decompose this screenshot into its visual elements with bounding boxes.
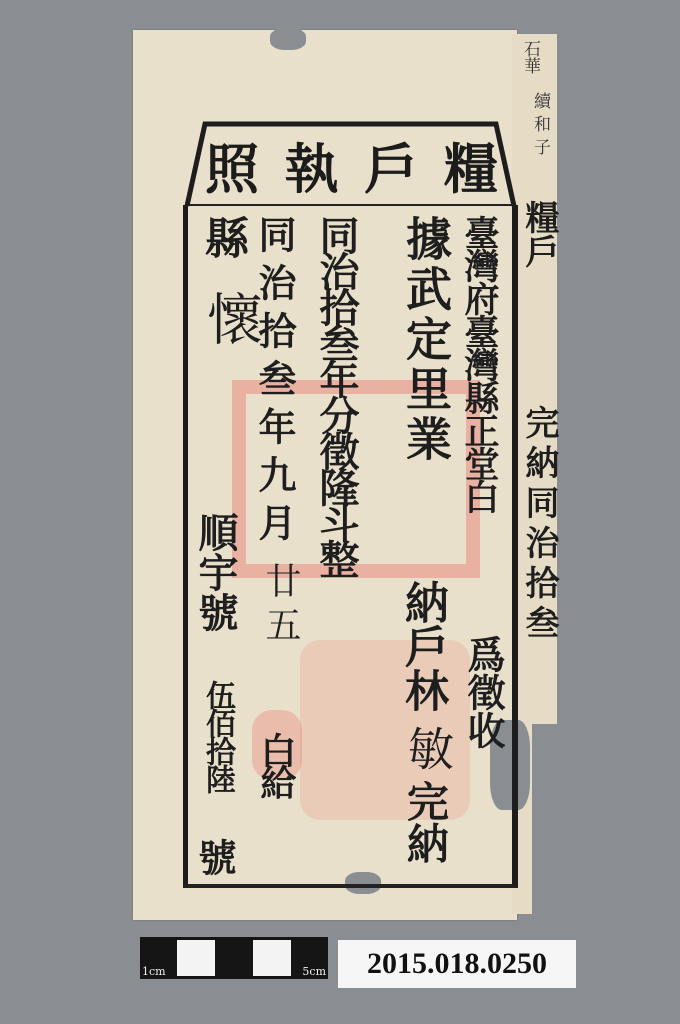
handwritten-note-2: 續和子 [528,92,553,161]
official-signature: 懷 [202,290,258,346]
catalog-number-label: 2015.018.0250 [338,940,576,988]
title-char-2: 戶 [364,127,420,204]
stamp-give: 白給 [258,732,294,796]
title-char-1: 糧 [444,127,500,204]
day-column: 廿五 [262,562,298,650]
date-column: 同治拾叁年九月 [255,215,293,551]
paid-label: 完納 [404,780,446,864]
tax-item-column: 同治拾叁年分徵隆斗整 [316,215,356,575]
village-column: 據武定里業 [403,215,449,465]
document-title: 糧 戶 執 照 [205,130,500,200]
scale-left-label: 1cm [142,965,166,978]
collection-note: 爲徵收 [464,635,502,749]
payer-label: 納戶林 [400,580,444,712]
scale-segment [253,940,291,976]
scale-segment [177,940,215,976]
title-char-4: 照 [205,127,261,204]
title-char-3: 執 [285,127,341,204]
handwritten-note-1: 石華 [518,40,543,74]
stub-paid-text: 完納同治拾叁 [522,405,556,645]
issuer-column: 臺灣府臺灣縣正堂白 [462,215,497,512]
scale-bar: 1cm 5cm [140,937,328,979]
serial-number: 伍佰拾陸 [202,680,232,792]
serial-prefix: 順宇號 [195,512,235,632]
scale-right-label: 5cm [302,965,326,978]
serial-suffix: 號 [195,838,233,876]
county-label: 縣 [200,215,244,259]
payer-name: 敏 [405,725,451,771]
stub-label: 糧戶 [522,200,556,268]
tear-top [270,28,306,50]
